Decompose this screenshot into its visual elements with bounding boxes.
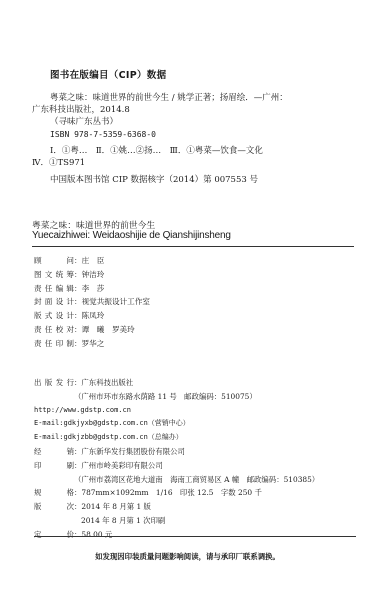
cip-line-isbn: ISBN 978-7-5359-6368-0 (50, 129, 156, 140)
price-label: 定 价 (34, 528, 74, 542)
printer-address: （广州市荔湾区花地大道南 海南工商贸易区 A 幢 邮政编码：510385） (34, 473, 319, 487)
credit-label: 责任校对 (34, 323, 74, 337)
credit-row: 责任编辑：李 莎 (34, 282, 150, 296)
footer-notice: 如发现因印装质量问题影响阅读，请与承印厂联系调换。 (0, 551, 375, 562)
credit-label: 封面设计 (34, 295, 74, 309)
credit-label: 责任编辑 (34, 282, 74, 296)
credit-value: 李 莎 (82, 282, 105, 296)
credit-value: 罗华之 (82, 337, 105, 351)
printing-value: 2014 年 8 月第 1 次印刷 (34, 514, 319, 528)
printer-name: 广州市岭美彩印有限公司 (81, 459, 162, 473)
spec-value: 787mm×1092mm 1/16 印张 12.5 字数 250 千 (81, 486, 261, 500)
cip-line-series: （寻味广东丛书） (50, 117, 118, 128)
publisher-row: 出版发行：广东科技出版社 (34, 376, 319, 390)
credit-label: 版式设计 (34, 309, 74, 323)
credits-list: 顾 问：庄 臣 图文统筹：钟洁玲 责任编辑：李 莎 封面设计：视觉共振设计工作室… (34, 254, 150, 351)
cip-line-title: 粤菜之味：味道世界的前世今生 / 姚学正著；扬眉绘．—广州： (50, 93, 288, 104)
website-link[interactable]: http://www.gdstp.com.cn (34, 404, 319, 418)
credit-label: 顾 问 (34, 254, 74, 268)
email-editorial[interactable]: E-mail:gdkjzbb@gdstp.com.cn（总编办） (34, 431, 319, 445)
publication-info: 出版发行：广东科技出版社 （广州市环市东路水荫路 11 号 邮政编码：51007… (34, 376, 319, 542)
cip-classification-1: Ⅰ．①粤… Ⅱ．①姚…②扬… Ⅲ．①粤菜—饮食—文化 (50, 146, 263, 157)
credit-row: 版式设计：陈凤玲 (34, 309, 150, 323)
email-marketing[interactable]: E-mail:gdkjyxb@gdstp.com.cn（营销中心） (34, 417, 319, 431)
cip-classification-2: Ⅳ．①TS971 (32, 158, 85, 169)
publisher-name: 广东科技出版社 (81, 376, 133, 390)
credit-row: 责任校对：谭 曦 罗美玲 (34, 323, 150, 337)
publisher-label: 出版发行 (34, 376, 74, 390)
credit-value: 钟洁玲 (82, 268, 105, 282)
credit-row: 责任印制：罗华之 (34, 337, 150, 351)
credit-label: 图文统筹 (34, 268, 74, 282)
cip-line-publisher: 广东科技出版社，2014.8 (32, 105, 130, 116)
credit-row: 封面设计：视觉共振设计工作室 (34, 295, 150, 309)
price-row: 定 价：58.00 元 (34, 528, 319, 542)
credit-value: 陈凤玲 (82, 309, 105, 323)
price-value: 58.00 元 (81, 528, 112, 542)
credit-label: 责任印制 (34, 337, 74, 351)
publisher-address: （广州市环市东路水荫路 11 号 邮政编码：510075） (34, 390, 319, 404)
spec-row: 规 格：787mm×1092mm 1/16 印张 12.5 字数 250 千 (34, 486, 319, 500)
distributor-row: 经 销：广东新华发行集团股份有限公司 (34, 445, 319, 459)
footer-divider (34, 536, 356, 537)
book-title-pinyin: Yuecaizhiwei: Weidaoshijie de Qianshijin… (32, 230, 231, 241)
distributor-label: 经 销 (34, 445, 74, 459)
credit-value: 庄 臣 (82, 254, 105, 268)
printer-row: 印 刷：广州市岭美彩印有限公司 (34, 459, 319, 473)
credit-value: 视觉共振设计工作室 (82, 295, 150, 309)
edition-value: 2014 年 8 月第 1 版 (81, 500, 151, 514)
spec-label: 规 格 (34, 486, 74, 500)
printer-label: 印 刷 (34, 459, 74, 473)
cip-record-number: 中国版本图书馆 CIP 数据核字（2014）第 007553 号 (50, 175, 258, 186)
cip-heading: 图书在版编目（CIP）数据 (50, 67, 166, 81)
credit-value: 谭 曦 罗美玲 (82, 323, 135, 337)
edition-row: 版 次：2014 年 8 月第 1 版 (34, 500, 319, 514)
distributor-name: 广东新华发行集团股份有限公司 (81, 445, 184, 459)
credit-row: 图文统筹：钟洁玲 (34, 268, 150, 282)
title-divider (32, 246, 354, 247)
credit-row: 顾 问：庄 臣 (34, 254, 150, 268)
edition-label: 版 次 (34, 500, 74, 514)
